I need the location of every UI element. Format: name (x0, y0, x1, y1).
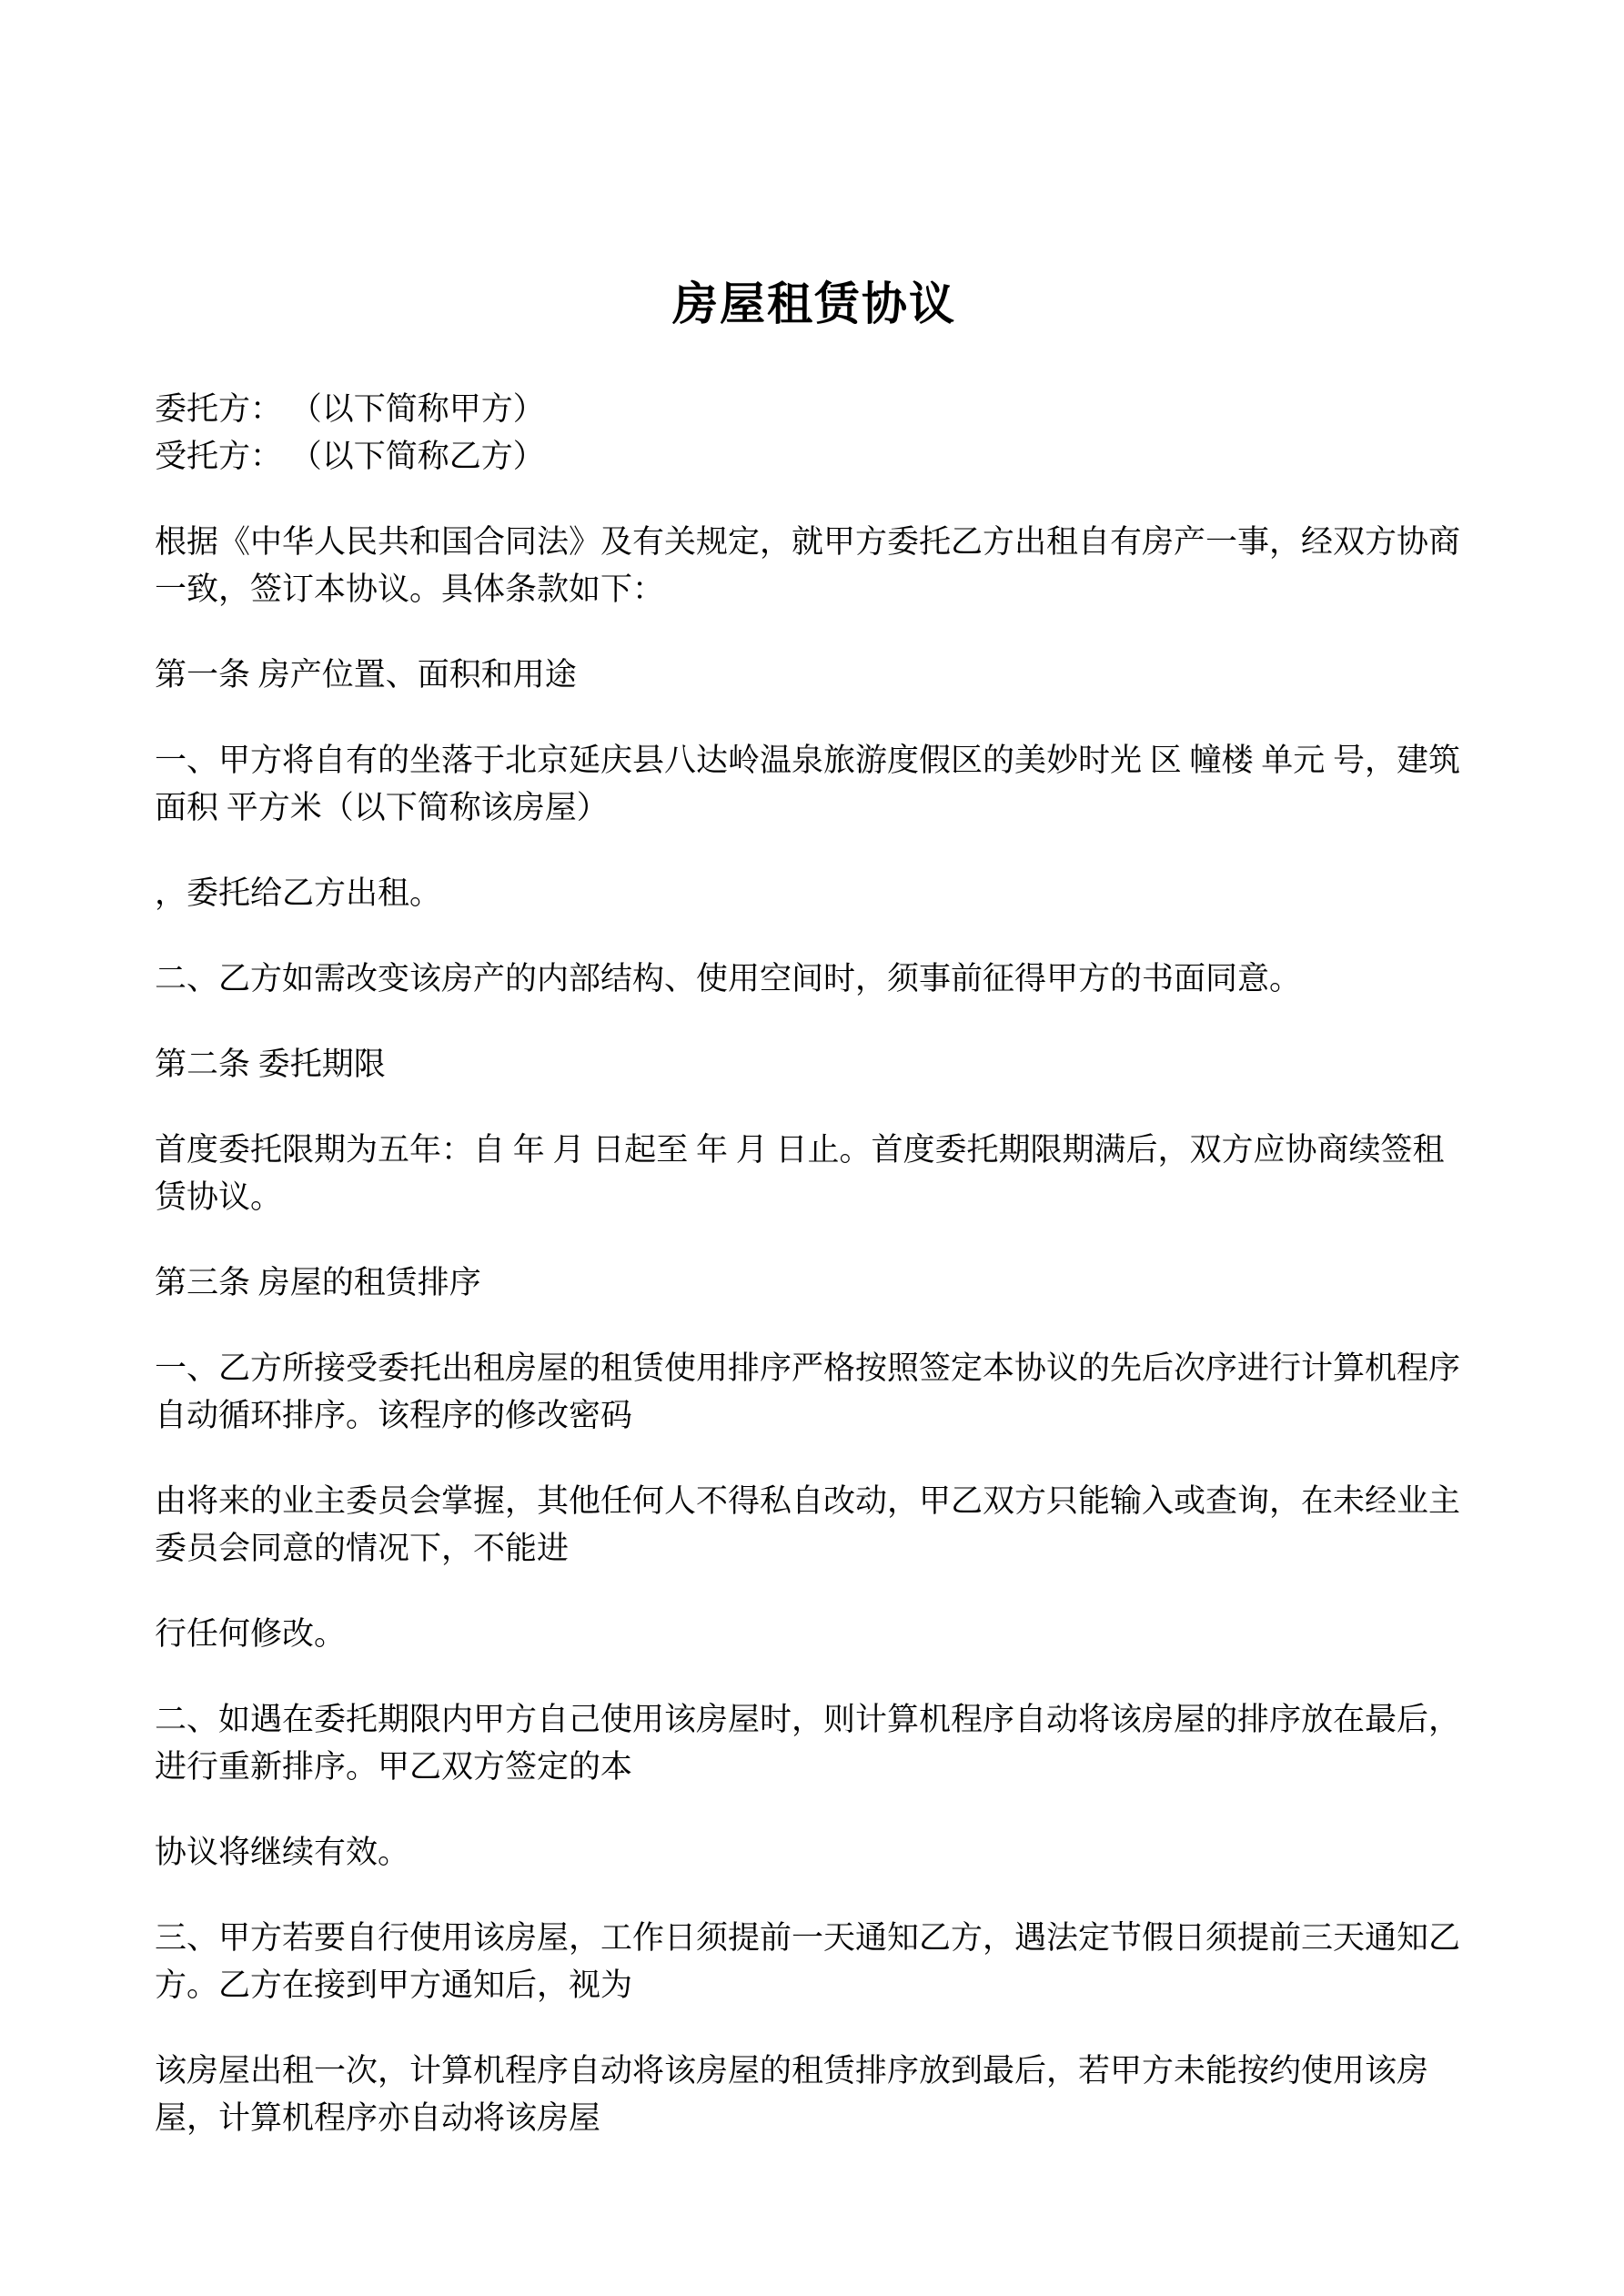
paragraph: 三、甲方若要自行使用该房屋，工作日须提前一天通知乙方，遇法定节假日须提前三天通知… (155, 1915, 1474, 2009)
paragraph: 行任何修改。 (155, 1611, 1474, 1658)
document-title: 房屋租赁协议 (155, 273, 1474, 335)
paragraph: 二、如遇在委托期限内甲方自己使用该房屋时，则计算机程序自动将该房屋的排序放在最后… (155, 1696, 1474, 1791)
paragraph: 第三条 房屋的租赁排序 (155, 1259, 1474, 1307)
document-body: 委托方： （以下简称甲方）受托方： （以下简称乙方）根据《中华人民共和国合同法》… (155, 386, 1474, 2142)
paragraph: 根据《中华人民共和国合同法》及有关规定，就甲方委托乙方出租自有房产一事，经双方协… (155, 519, 1474, 613)
paragraph: 该房屋出租一次，计算机程序自动将该房屋的租赁排序放到最后，若甲方未能按约使用该房… (155, 2048, 1474, 2142)
paragraph: ，委托给乙方出租。 (155, 870, 1474, 917)
paragraph: 首度委托限期为五年：自 年 月 日起至 年 月 日止。首度委托期限期满后，双方应… (155, 1127, 1474, 1221)
paragraph: 由将来的业主委员会掌握，其他任何人不得私自改动，甲乙双方只能输入或查询，在未经业… (155, 1478, 1474, 1573)
document-page: 房屋租赁协议 委托方： （以下简称甲方）受托方： （以下简称乙方）根据《中华人民… (0, 0, 1624, 2296)
paragraph: 协议将继续有效。 (155, 1829, 1474, 1876)
paragraph: 二、乙方如需改变该房产的内部结构、使用空间时，须事前征得甲方的书面同意。 (155, 956, 1474, 1003)
paragraph: 第二条 委托期限 (155, 1041, 1474, 1088)
paragraph: 受托方： （以下简称乙方） (155, 433, 1474, 480)
paragraph: 一、乙方所接受委托出租房屋的租赁使用排序严格按照签定本协议的先后次序进行计算机程… (155, 1345, 1474, 1440)
paragraph: 第一条 房产位置、面积和用途 (155, 652, 1474, 699)
paragraph: 委托方： （以下简称甲方） (155, 386, 1474, 433)
paragraph: 一、甲方将自有的坐落于北京延庆县八达岭温泉旅游度假区的美妙时光 区 幢楼 单元 … (155, 737, 1474, 832)
